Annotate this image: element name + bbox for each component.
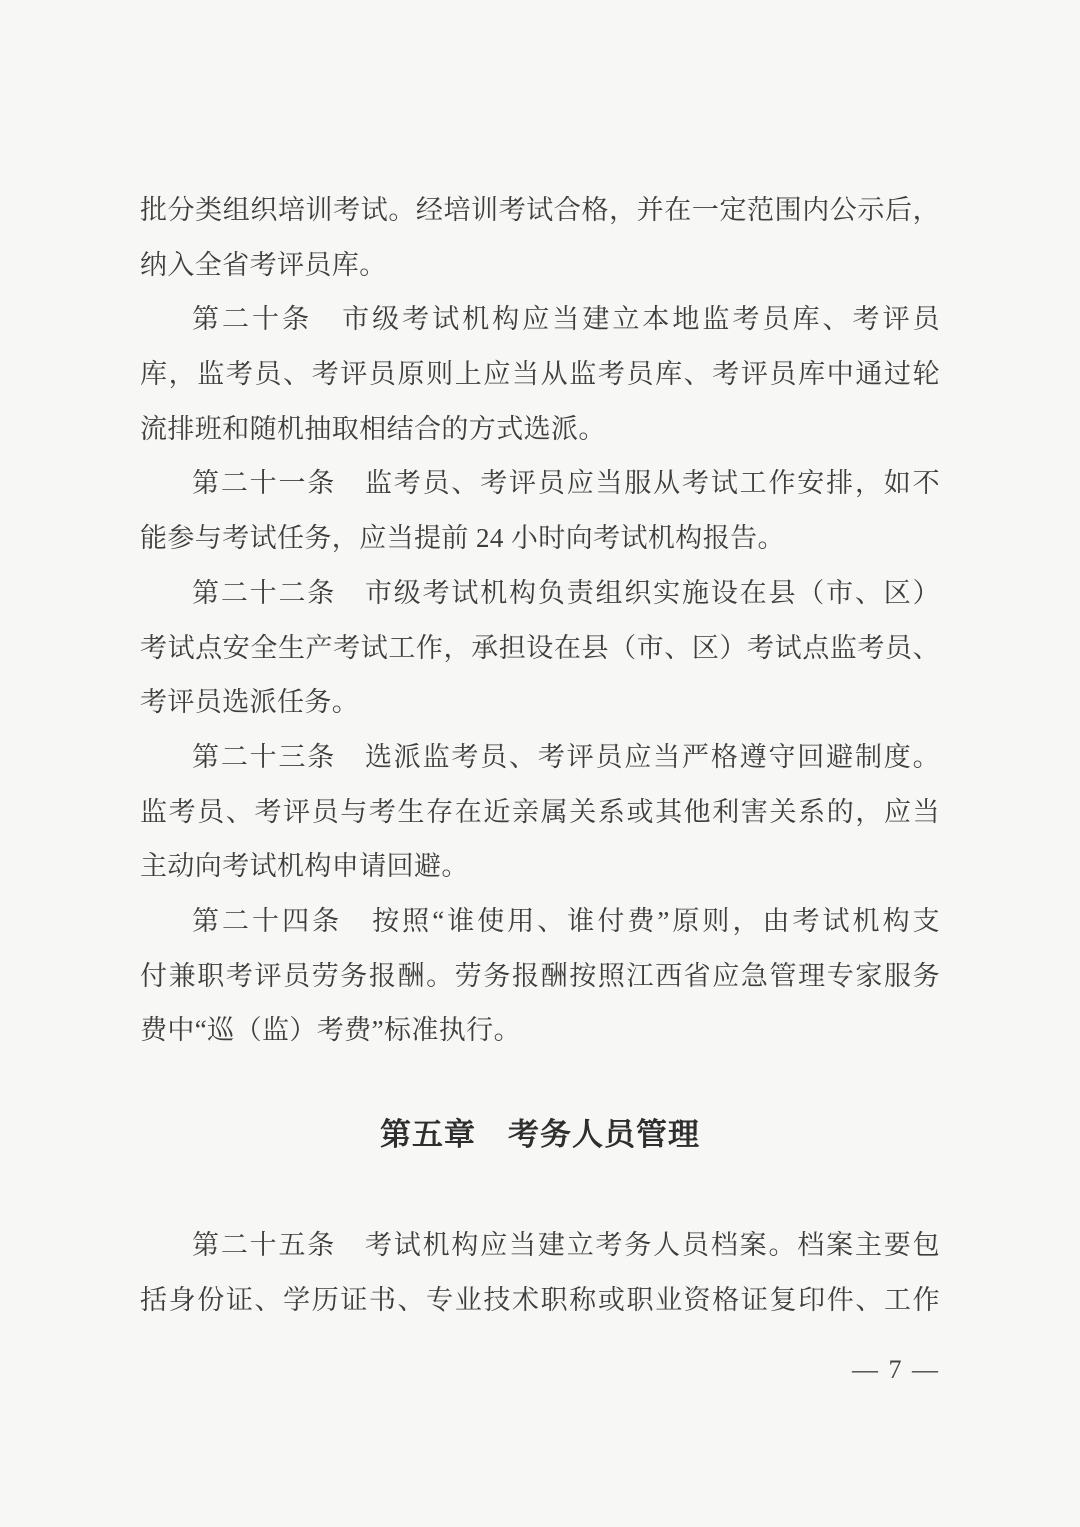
text-line: 考评员选派任务。 [140,675,940,730]
text-line: 库，监考员、考评员原则上应当从监考员库、考评员库中通过轮 [140,347,940,402]
text-line: 费中“巡（监）考费”标准执行。 [140,1003,940,1058]
text-line: 流排班和随机抽取相结合的方式选派。 [140,402,940,457]
chapter-heading: 第五章 考务人员管理 [140,1108,940,1163]
text-line: 能参与考试任务，应当提前 24 小时向考试机构报告。 [140,511,940,566]
text-line: 考试点安全生产考试工作，承担设在县（市、区）考试点监考员、 [140,621,940,676]
text-line: 纳入全省考评员库。 [140,238,940,293]
text-line: 第二十四条 按照“谁使用、谁付费”原则，由考试机构支 [140,894,940,949]
text-line: 主动向考试机构申请回避。 [140,839,940,894]
text-line: 第二十条 市级考试机构应当建立本地监考员库、考评员 [140,292,940,347]
text-line: 付兼职考评员劳务报酬。劳务报酬按照江西省应急管理专家服务 [140,949,940,1004]
text-line: 第二十二条 市级考试机构负责组织实施设在县（市、区） [140,566,940,621]
document-body-upper: 批分类组织培训考试。经培训考试合格，并在一定范围内公示后，纳入全省考评员库。第二… [140,183,940,1058]
page-number: — 7 — [852,1353,940,1387]
text-line: 第二十三条 选派监考员、考评员应当严格遵守回避制度。 [140,730,940,785]
document-body-lower: 第二十五条 考试机构应当建立考务人员档案。档案主要包括身份证、学历证书、专业技术… [140,1218,940,1327]
text-line: 第二十五条 考试机构应当建立考务人员档案。档案主要包 [140,1218,940,1273]
text-line: 第二十一条 监考员、考评员应当服从考试工作安排，如不 [140,456,940,511]
text-line: 括身份证、学历证书、专业技术职称或职业资格证复印件、工作 [140,1273,940,1328]
text-line: 批分类组织培训考试。经培训考试合格，并在一定范围内公示后， [140,183,940,238]
text-line: 监考员、考评员与考生存在近亲属关系或其他利害关系的，应当 [140,785,940,840]
document-page: 批分类组织培训考试。经培训考试合格，并在一定范围内公示后，纳入全省考评员库。第二… [0,0,1080,1527]
